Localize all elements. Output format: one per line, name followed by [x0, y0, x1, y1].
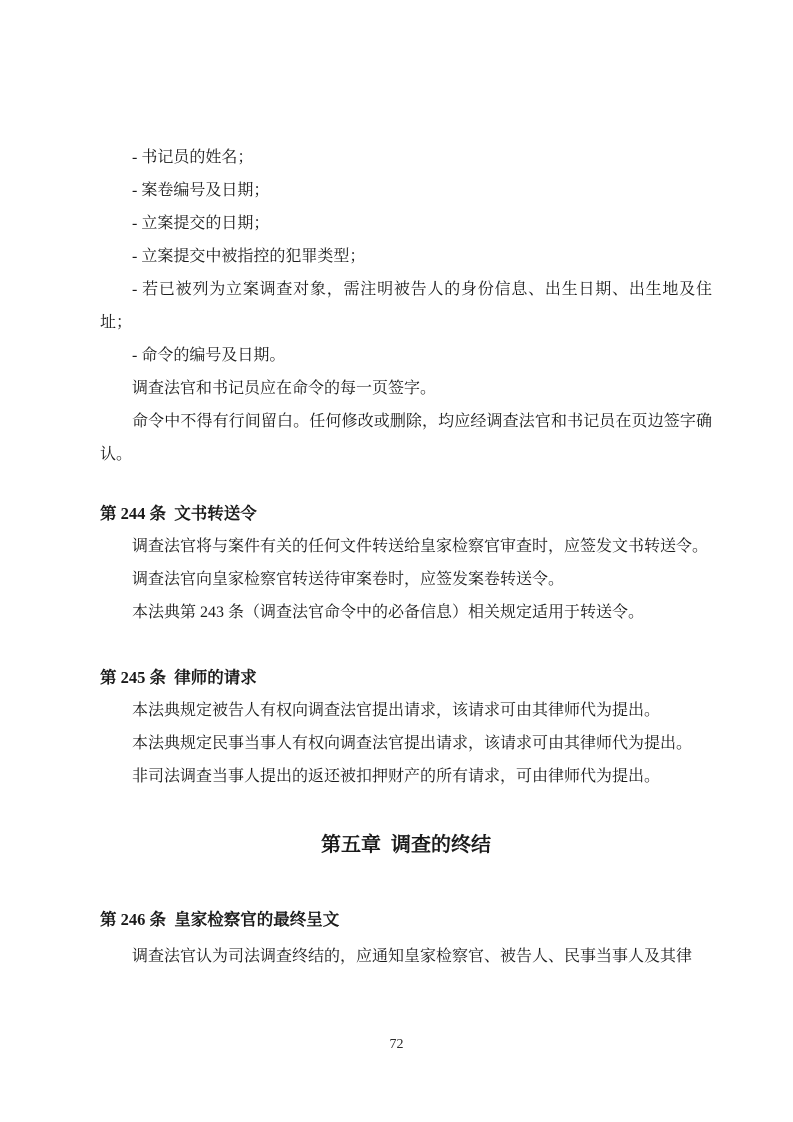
list-item-filing-date: - 立案提交的日期；: [100, 207, 712, 240]
article-246-paragraph: 调查法官认为司法调查终结的，应通知皇家检察官、被告人、民事当事人及其律: [100, 940, 712, 973]
list-item-case-file-number: - 案卷编号及日期；: [100, 174, 712, 207]
list-item-clerk-name: - 书记员的姓名；: [100, 141, 712, 174]
list-item-offence-type: - 立案提交中被指控的犯罪类型；: [100, 240, 712, 273]
chapter-5-heading: 第五章 调查的终结: [100, 825, 712, 865]
document-page: - 书记员的姓名； - 案卷编号及日期； - 立案提交的日期； - 立案提交中被…: [0, 0, 793, 1122]
article-245-paragraph: 本法典规定被告人有权向调查法官提出请求，该请求可由其律师代为提出。: [100, 694, 712, 727]
page-number: 72: [0, 1036, 793, 1054]
list-item-order-number-date: - 命令的编号及日期。: [100, 339, 712, 372]
article-245-heading: 第 245 条 律师的请求: [100, 661, 712, 694]
paragraph-no-blank-lines: 命令中不得有行间留白。任何修改或删除，均应经调查法官和书记员在页边签字确认。: [100, 405, 712, 471]
article-244-paragraph: 调查法官将与案件有关的任何文件转送给皇家检察官审查时，应签发文书转送令。: [100, 530, 712, 563]
article-244-heading: 第 244 条 文书转送令: [100, 497, 712, 530]
article-244-paragraph: 调查法官向皇家检察官转送待审案卷时，应签发案卷转送令。: [100, 563, 712, 596]
article-246-heading: 第 246 条 皇家检察官的最终呈文: [100, 903, 712, 936]
paragraph-signature-every-page: 调查法官和书记员应在命令的每一页签字。: [100, 372, 712, 405]
list-item-accused-identity: - 若已被列为立案调查对象，需注明被告人的身份信息、出生日期、出生地及住址；: [100, 273, 712, 339]
article-245-paragraph: 非司法调查当事人提出的返还被扣押财产的所有请求，可由律师代为提出。: [100, 760, 712, 793]
document-content: - 书记员的姓名； - 案卷编号及日期； - 立案提交的日期； - 立案提交中被…: [100, 141, 712, 973]
article-244-paragraph: 本法典第 243 条（调查法官命令中的必备信息）相关规定适用于转送令。: [100, 596, 712, 629]
article-245-paragraph: 本法典规定民事当事人有权向调查法官提出请求，该请求可由其律师代为提出。: [100, 727, 712, 760]
